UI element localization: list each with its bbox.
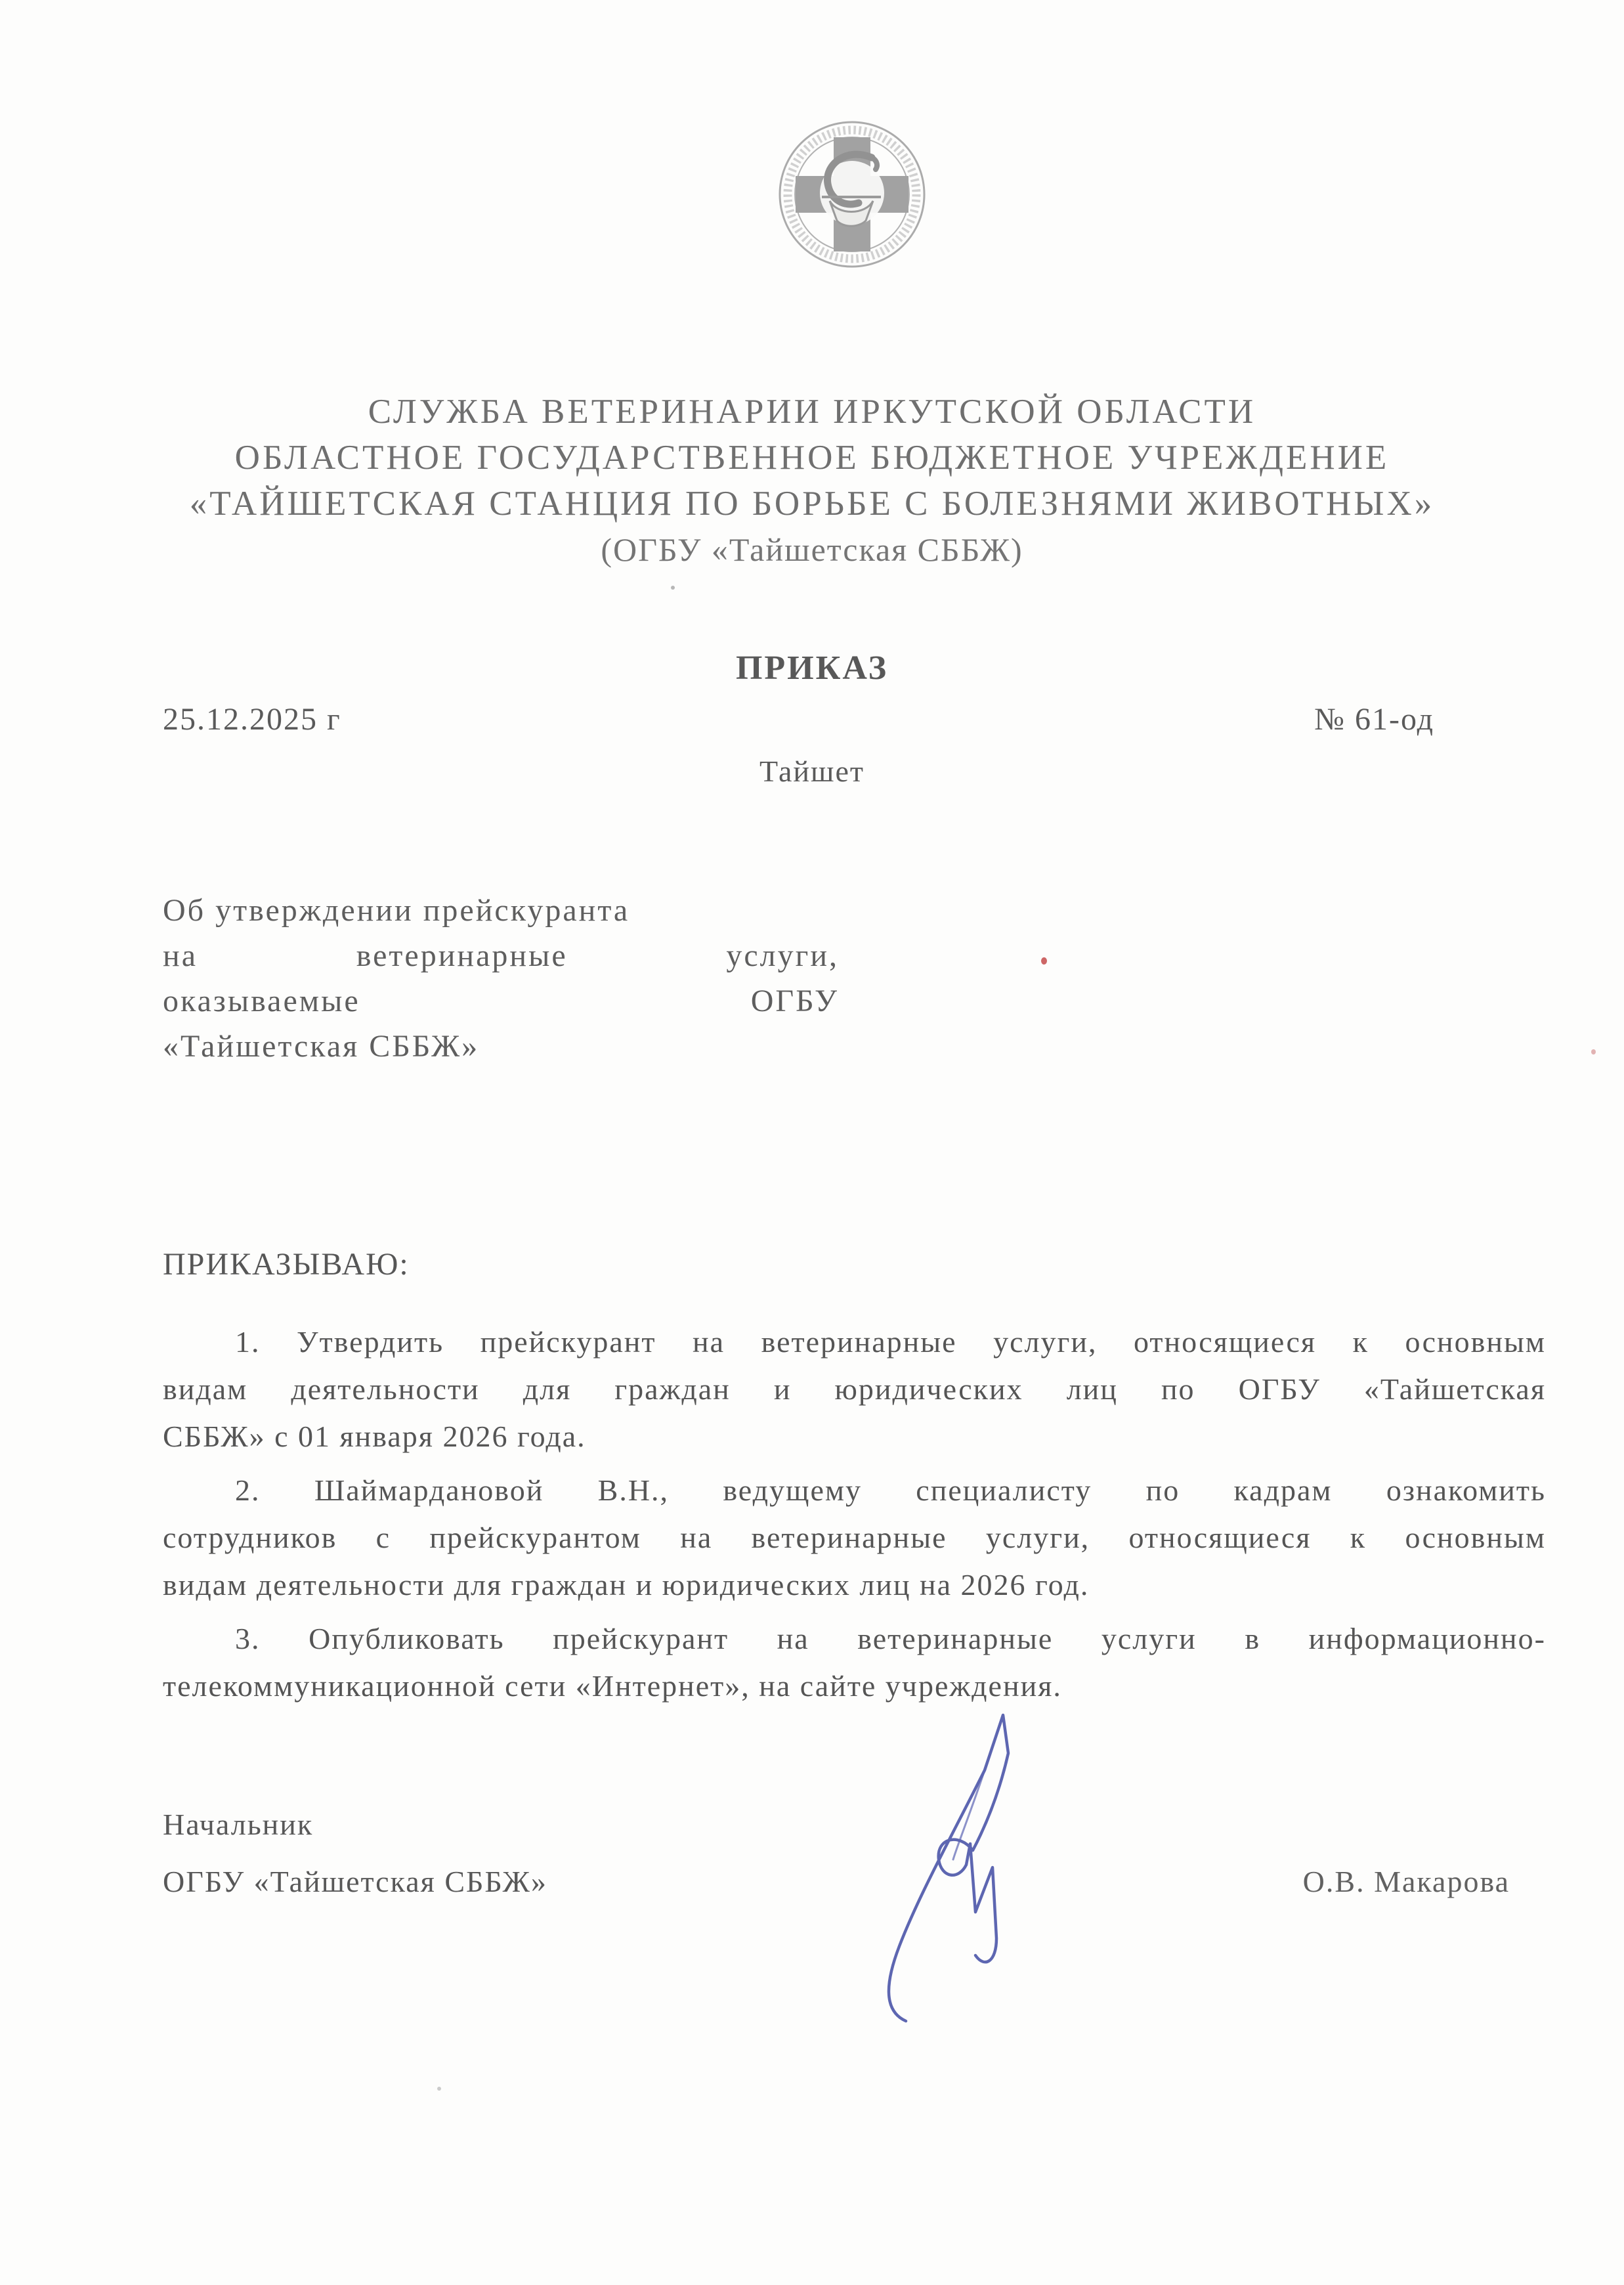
order-item-1: 1. Утвердить прейскурант на ветеринарные… [163, 1318, 1546, 1460]
org-header-line1: СЛУЖБА ВЕТЕРИНАРИИ ИРКУТСКОЙ ОБЛАСТИ [0, 389, 1624, 435]
order-title: ПРИКАЗ [0, 649, 1624, 687]
signer-position-line1: Начальник [163, 1807, 1546, 1842]
org-header-line4: (ОГБУ «Тайшетская СББЖ) [0, 527, 1624, 573]
order-body: 1. Утвердить прейскурант на ветеринарные… [163, 1318, 1546, 1716]
order-number: № 61-од [1314, 701, 1546, 737]
body-line: 1. Утвердить прейскурант на ветеринарные… [163, 1318, 1546, 1366]
org-header-line2: ОБЛАСТНОЕ ГОСУДАРСТВЕННОЕ БЮДЖЕТНОЕ УЧРЕ… [0, 435, 1624, 481]
body-line: СББЖ» с 01 января 2026 года. [163, 1413, 1546, 1460]
body-line: видам деятельности для граждан и юридиче… [163, 1366, 1546, 1413]
body-line: телекоммуникационной сети «Интернет», на… [163, 1663, 1546, 1710]
body-line: видам деятельности для граждан и юридиче… [163, 1561, 1546, 1609]
order-date: 25.12.2025 г [163, 701, 341, 737]
scan-speck [671, 586, 675, 590]
body-line: сотрудников с прейскурантом на ветеринар… [163, 1514, 1546, 1561]
subject-line: «Тайшетская СББЖ» [163, 1024, 839, 1069]
signer-position-line2: ОГБУ «Тайшетская СББЖ» [163, 1864, 547, 1899]
signer-name: О.В. Макарова [1303, 1864, 1546, 1899]
scan-speck [1041, 957, 1047, 965]
order-city: Тайшет [0, 754, 1624, 789]
scan-speck [1591, 1049, 1596, 1055]
scan-speck [437, 2087, 441, 2091]
directive-label: ПРИКАЗЫВАЮ: [163, 1246, 410, 1282]
subject-line: Об утверждении прейскуранта [163, 888, 839, 933]
handwritten-signature [860, 1705, 1077, 2033]
body-line: 3. Опубликовать прейскурант на ветеринар… [163, 1615, 1546, 1663]
order-subject: Об утверждении прейскуранта на ветеринар… [163, 888, 839, 1069]
org-header-line3: «ТАЙШЕТСКАЯ СТАНЦИЯ ПО БОРЬБЕ С БОЛЕЗНЯМ… [0, 481, 1624, 527]
subject-line: на ветеринарные услуги, [163, 933, 839, 978]
signature-block: Начальник ОГБУ «Тайшетская СББЖ» О.В. Ма… [163, 1807, 1546, 1899]
subject-line: оказываемые ОГБУ [163, 978, 839, 1024]
body-line: 2. Шаймардановой В.Н., ведущему специали… [163, 1467, 1546, 1514]
scanned-order-document: СЛУЖБА ВЕТЕРИНАРИИ ИРКУТСКОЙ ОБЛАСТИ ОБЛ… [0, 0, 1624, 2285]
date-number-row: 25.12.2025 г № 61-од [163, 701, 1546, 737]
org-header: СЛУЖБА ВЕТЕРИНАРИИ ИРКУТСКОЙ ОБЛАСТИ ОБЛ… [0, 389, 1624, 573]
order-item-3: 3. Опубликовать прейскурант на ветеринар… [163, 1615, 1546, 1710]
veterinary-emblem-icon [776, 117, 928, 272]
order-item-2: 2. Шаймардановой В.Н., ведущему специали… [163, 1467, 1546, 1609]
